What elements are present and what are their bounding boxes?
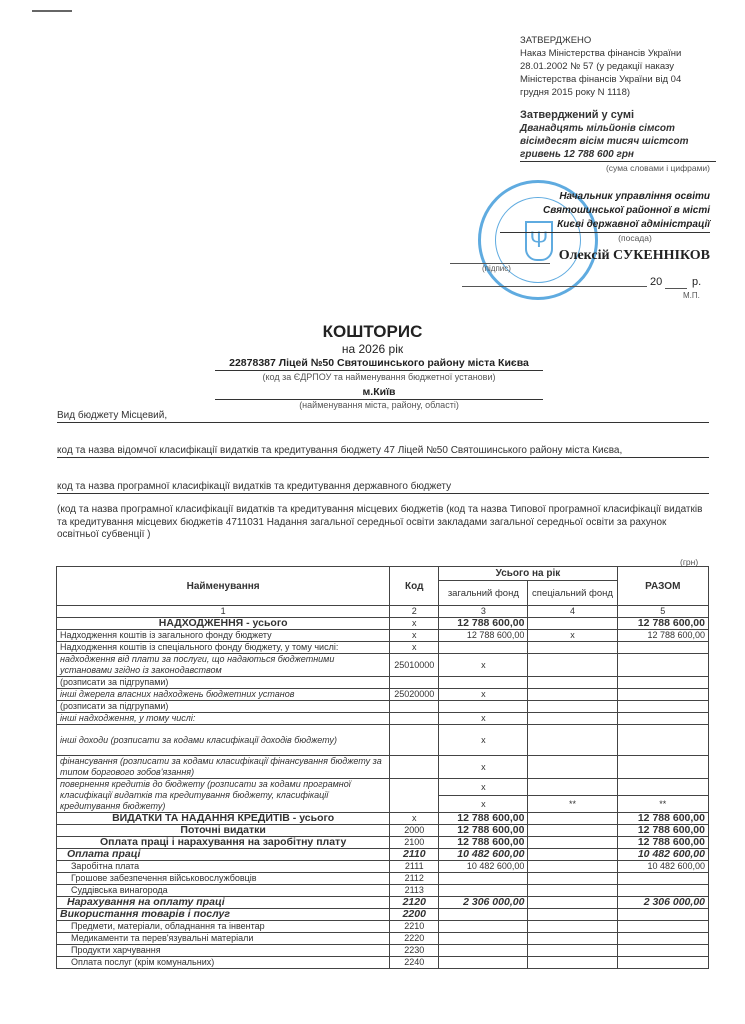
cell-general-fund — [439, 677, 528, 689]
signature-caption: (підпис) — [482, 264, 511, 273]
table-row: Оплата послуг (крім комунальних)2240 — [57, 957, 709, 969]
cell-name: ВИДАТКИ ТА НАДАННЯ КРЕДИТІВ - усього — [57, 813, 390, 825]
cell-general-fund — [439, 921, 528, 933]
cell-total — [617, 885, 708, 897]
cell-name: Поточні видатки — [57, 825, 390, 837]
table-row: Використання товарів і послуг2200 — [57, 909, 709, 921]
approval-line: 28.01.2002 № 57 (у редакції наказу — [520, 60, 720, 73]
cell-general-fund: х — [439, 796, 528, 813]
cell-total — [617, 909, 708, 921]
cell-special-fund — [528, 618, 617, 630]
cell-general-fund — [439, 701, 528, 713]
table-row: Нарахування на оплату праці21202 306 000… — [57, 897, 709, 909]
cell-name: надходження від плати за послуги, що над… — [57, 654, 390, 677]
cell-code — [390, 713, 439, 725]
cell-total: ** — [617, 796, 708, 813]
header-special-fund: спеціальний фонд — [528, 581, 617, 606]
sum-words: гривень 12 788 600 грн — [520, 148, 716, 162]
cell-general-fund: 12 788 600,00 — [439, 837, 528, 849]
cell-special-fund — [528, 909, 617, 921]
cell-total — [617, 689, 708, 701]
approval-block: ЗАТВЕРДЖЕНО Наказ Міністерства фінансів … — [520, 34, 720, 175]
cell-name: інші надходження, у тому числі: — [57, 713, 390, 725]
cell-special-fund — [528, 885, 617, 897]
column-number: 1 — [57, 606, 390, 618]
table-row: Поточні видатки200012 788 600,0012 788 6… — [57, 825, 709, 837]
approval-line: Міністерства фінансів України від 04 — [520, 73, 720, 86]
cell-general-fund — [439, 885, 528, 897]
cell-special-fund — [528, 849, 617, 861]
cell-total — [617, 933, 708, 945]
table-row: Оплата праці211010 482 600,0010 482 600,… — [57, 849, 709, 861]
table-row: інші джерела власних надходжень бюджетни… — [57, 689, 709, 701]
institution-caption: (код за ЄДРПОУ та найменування бюджетної… — [215, 372, 543, 382]
institution-name: 22878387 Ліцей №50 Святошинського району… — [215, 357, 543, 371]
program-classification-state: код та назва програмної класифікації вид… — [57, 481, 709, 494]
cell-total — [617, 921, 708, 933]
cell-code: 2000 — [390, 825, 439, 837]
cell-name: Оплата праці і нарахування на заробітну … — [57, 837, 390, 849]
cell-name: фінансування (розписати за кодами класиф… — [57, 756, 390, 779]
date-suffix: р. — [692, 276, 701, 288]
cell-total — [617, 725, 708, 756]
signatory-position: Начальник управління освіти — [500, 190, 710, 204]
approval-line: грудня 2015 року N 1118) — [520, 86, 720, 99]
cell-special-fund — [528, 873, 617, 885]
cell-special-fund — [528, 689, 617, 701]
cell-special-fund — [528, 642, 617, 654]
cell-special-fund — [528, 825, 617, 837]
cell-name: (розписати за підгрупами) — [57, 677, 390, 689]
table-row: надходження від плати за послуги, що над… — [57, 654, 709, 677]
cell-general-fund: 12 788 600,00 — [439, 813, 528, 825]
cell-code — [390, 677, 439, 689]
approval-heading: ЗАТВЕРДЖЕНО — [520, 34, 720, 47]
column-number: 2 — [390, 606, 439, 618]
cell-code: 2111 — [390, 861, 439, 873]
cell-code: х — [390, 618, 439, 630]
cell-name: Використання товарів і послуг — [57, 909, 390, 921]
cell-general-fund — [439, 957, 528, 969]
table-row: Суддівська винагорода2113 — [57, 885, 709, 897]
table-row: фінансування (розписати за кодами класиф… — [57, 756, 709, 779]
cell-code — [390, 701, 439, 713]
cell-total — [617, 945, 708, 957]
cell-total: 10 482 600,00 — [617, 861, 708, 873]
signatory-block: Начальник управління освіти Святошинсько… — [500, 190, 710, 243]
table-row: (розписати за підгрупами) — [57, 701, 709, 713]
cell-code: х — [390, 813, 439, 825]
cell-special-fund — [528, 813, 617, 825]
cell-name: (розписати за підгрупами) — [57, 701, 390, 713]
program-classification-local: (код та назва програмної класифікації ви… — [57, 504, 707, 542]
scan-mark — [32, 10, 72, 12]
cell-code — [390, 725, 439, 756]
cell-total — [617, 873, 708, 885]
cell-total — [617, 642, 708, 654]
cell-general-fund: 12 788 600,00 — [439, 825, 528, 837]
cell-special-fund — [528, 933, 617, 945]
header-code: Код — [390, 567, 439, 606]
document-year: на 2026 рік — [0, 342, 745, 356]
cell-special-fund — [528, 837, 617, 849]
table-row: НАДХОДЖЕННЯ - усьогох12 788 600,0012 788… — [57, 618, 709, 630]
sum-words: Дванадцять мільйонів сімсот — [520, 122, 720, 135]
document-title: КОШТОРИС — [0, 322, 745, 342]
cell-special-fund — [528, 861, 617, 873]
cell-general-fund: 12 788 600,00 — [439, 630, 528, 642]
budget-estimate-table: Найменування Код Усього на рік РАЗОМ заг… — [56, 566, 709, 969]
cell-code: 2100 — [390, 837, 439, 849]
budget-type: Вид бюджету Місцевий, — [57, 410, 709, 423]
cell-code: 2220 — [390, 933, 439, 945]
header-total: РАЗОМ — [617, 567, 708, 606]
cell-general-fund — [439, 945, 528, 957]
cell-code: 2230 — [390, 945, 439, 957]
cell-general-fund: 10 482 600,00 — [439, 849, 528, 861]
cell-special-fund — [528, 921, 617, 933]
cell-general-fund — [439, 642, 528, 654]
cell-code: 2113 — [390, 885, 439, 897]
cell-total — [617, 654, 708, 677]
cell-general-fund: 2 306 000,00 — [439, 897, 528, 909]
cell-general-fund: х — [439, 654, 528, 677]
cell-code — [390, 756, 439, 779]
column-number: 5 — [617, 606, 708, 618]
cell-name: Суддівська винагорода — [57, 885, 390, 897]
date-line — [462, 286, 647, 287]
cell-name: інші джерела власних надходжень бюджетни… — [57, 689, 390, 701]
cell-total — [617, 713, 708, 725]
cell-special-fund — [528, 945, 617, 957]
table-row: Надходження коштів із загального фонду б… — [57, 630, 709, 642]
cell-special-fund — [528, 756, 617, 779]
table-row: (розписати за підгрупами) — [57, 677, 709, 689]
sum-words: вісімдесят вісім тисяч шістсот — [520, 135, 720, 148]
cell-code: х — [390, 630, 439, 642]
cell-special-fund — [528, 701, 617, 713]
cell-total — [617, 756, 708, 779]
column-number: 3 — [439, 606, 528, 618]
cell-name: Продукти харчування — [57, 945, 390, 957]
cell-name: Надходження коштів із спеціального фонду… — [57, 642, 390, 654]
table-row: Оплата праці і нарахування на заробітну … — [57, 837, 709, 849]
cell-special-fund — [528, 897, 617, 909]
table-row: Грошове забезпечення військовослужбовців… — [57, 873, 709, 885]
cell-special-fund — [528, 713, 617, 725]
position-caption: (посада) — [560, 233, 710, 243]
cell-special-fund — [528, 654, 617, 677]
sum-label: Затверджений у сумі — [520, 109, 720, 122]
cell-name: Надходження коштів із загального фонду б… — [57, 630, 390, 642]
cell-name: Оплата праці — [57, 849, 390, 861]
cell-name: повернення кредитів до бюджету (розписат… — [57, 779, 390, 813]
table-row: ВИДАТКИ ТА НАДАННЯ КРЕДИТІВ - усьогох12 … — [57, 813, 709, 825]
cell-name: Заробітна плата — [57, 861, 390, 873]
cell-general-fund: 10 482 600,00 — [439, 861, 528, 873]
cell-general-fund: 12 788 600,00 — [439, 618, 528, 630]
cell-code: 2240 — [390, 957, 439, 969]
table-row: Предмети, матеріали, обладнання та інвен… — [57, 921, 709, 933]
cell-total — [617, 677, 708, 689]
cell-code: 25010000 — [390, 654, 439, 677]
cell-total — [617, 779, 708, 796]
cell-general-fund — [439, 933, 528, 945]
signatory-position: Святошинської районної в місті — [500, 204, 710, 218]
cell-total: 2 306 000,00 — [617, 897, 708, 909]
cell-name: Оплата послуг (крім комунальних) — [57, 957, 390, 969]
cell-total: 10 482 600,00 — [617, 849, 708, 861]
city-name: м.Київ — [215, 386, 543, 400]
cell-total: 12 788 600,00 — [617, 825, 708, 837]
cell-special-fund: ** — [528, 796, 617, 813]
cell-general-fund — [439, 909, 528, 921]
cell-general-fund: х — [439, 779, 528, 796]
approval-line: Наказ Міністерства фінансів України — [520, 47, 720, 60]
cell-name: Предмети, матеріали, обладнання та інвен… — [57, 921, 390, 933]
cell-code: 25020000 — [390, 689, 439, 701]
departmental-classification: код та назва відомчої класифікації видат… — [57, 445, 709, 458]
cell-name: Нарахування на оплату праці — [57, 897, 390, 909]
table-row: Медикаменти та перев'язувальні матеріали… — [57, 933, 709, 945]
cell-code: 2200 — [390, 909, 439, 921]
date-year-blank — [665, 288, 687, 289]
cell-special-fund — [528, 957, 617, 969]
cell-total — [617, 957, 708, 969]
cell-general-fund: х — [439, 689, 528, 701]
cell-general-fund — [439, 873, 528, 885]
cell-name: Грошове забезпечення військовослужбовців — [57, 873, 390, 885]
cell-code: 2210 — [390, 921, 439, 933]
cell-total: 12 788 600,00 — [617, 630, 708, 642]
date-prefix: 20 — [650, 276, 662, 288]
table-row: повернення кредитів до бюджету (розписат… — [57, 779, 709, 796]
cell-special-fund — [528, 677, 617, 689]
cell-code: 2112 — [390, 873, 439, 885]
table-row: Надходження коштів із спеціального фонду… — [57, 642, 709, 654]
table-row: Продукти харчування2230 — [57, 945, 709, 957]
city-caption: (найменування міста, району, області) — [215, 400, 543, 410]
cell-name: інші доходи (розписати за кодами класифі… — [57, 725, 390, 756]
cell-name: НАДХОДЖЕННЯ - усього — [57, 618, 390, 630]
cell-code: 2110 — [390, 849, 439, 861]
cell-total: 12 788 600,00 — [617, 813, 708, 825]
cell-general-fund: х — [439, 756, 528, 779]
header-name: Найменування — [57, 567, 390, 606]
cell-code — [390, 779, 439, 813]
cell-general-fund: х — [439, 713, 528, 725]
table-row: інші надходження, у тому числі:х — [57, 713, 709, 725]
cell-special-fund — [528, 779, 617, 796]
cell-total: 12 788 600,00 — [617, 837, 708, 849]
cell-general-fund: х — [439, 725, 528, 756]
signatory-name: Олексій СУКЕННІКОВ — [420, 248, 710, 264]
cell-special-fund — [528, 725, 617, 756]
table-row: інші доходи (розписати за кодами класифі… — [57, 725, 709, 756]
seal-caption: М.П. — [683, 291, 700, 300]
header-general-fund: загальний фонд — [439, 581, 528, 606]
cell-code: х — [390, 642, 439, 654]
cell-code: 2120 — [390, 897, 439, 909]
signatory-position: Києві державної адміністрації — [500, 218, 710, 233]
cell-special-fund: х — [528, 630, 617, 642]
cell-total — [617, 701, 708, 713]
table-row: Заробітна плата211110 482 600,0010 482 6… — [57, 861, 709, 873]
table-body: НАДХОДЖЕННЯ - усьогох12 788 600,0012 788… — [57, 618, 709, 969]
sum-caption: (сума словами і цифрами) — [520, 162, 710, 175]
cell-total: 12 788 600,00 — [617, 618, 708, 630]
header-year-total: Усього на рік — [439, 567, 617, 581]
cell-name: Медикаменти та перев'язувальні матеріали — [57, 933, 390, 945]
column-number: 4 — [528, 606, 617, 618]
